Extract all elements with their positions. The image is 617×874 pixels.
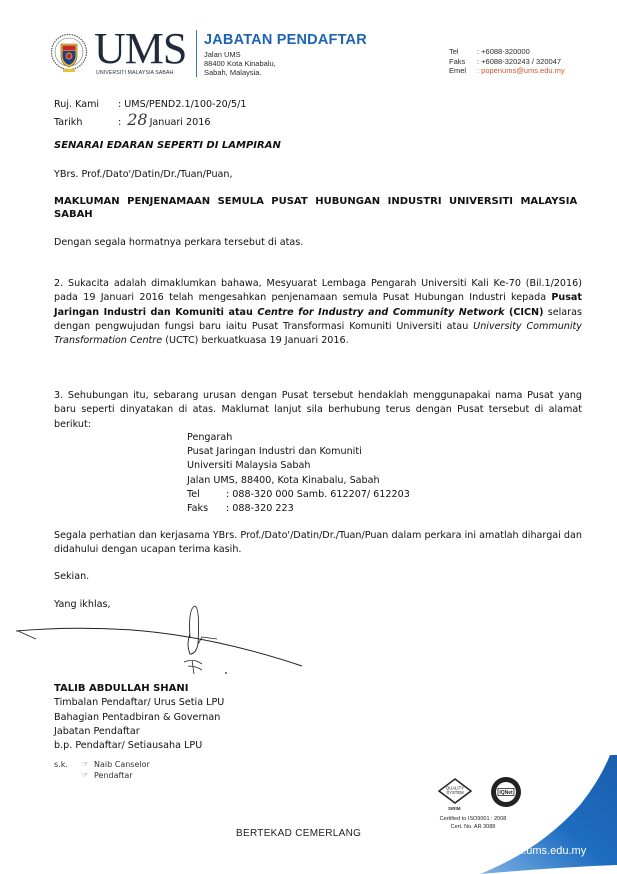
- cc-row: s.k. ☞ Naib Canselor: [54, 759, 150, 770]
- contact-email: Emel : popenums@ums.edu.my: [449, 66, 565, 76]
- p2-text: 2. Sukacita adalah dimaklumkan bahawa, M…: [54, 278, 582, 303]
- badge-text: SYSTEM: [446, 790, 464, 795]
- signatory-name: TALIB ABDULLAH SHANI: [54, 682, 224, 696]
- pointing-hand-icon: ☞: [82, 759, 94, 770]
- subject-heading: MAKLUMAN PENJENAMAAN SEMULA PUSAT HUBUNG…: [54, 195, 582, 221]
- contact-label: Tel: [449, 47, 477, 57]
- address-line: Jalan UMS, 88400, Kota Kinabalu, Sabah: [187, 474, 410, 488]
- cc-recipient: Naib Canselor: [94, 759, 150, 770]
- address-tel: Tel : 088-320 000 Samb. 612207/ 612203: [187, 488, 410, 502]
- header-divider: [196, 30, 197, 77]
- cert-line: Certified to ISO9001 : 2008: [433, 815, 513, 823]
- p2-text: (UCTC) berkuatkuasa 19 Januari 2016.: [162, 335, 349, 346]
- cc-label: s.k.: [54, 759, 82, 770]
- sirim-label: SIRIM: [448, 806, 461, 811]
- date-label: Tarikh: [54, 115, 118, 130]
- cc-row: ☞ Pendaftar: [54, 770, 150, 781]
- fax-value: : 088-320 223: [226, 502, 294, 516]
- address-line: Pengarah: [187, 431, 410, 445]
- contact-fax: Faks : +6088-320243 / 320047: [449, 57, 565, 67]
- website-link[interactable]: www.ums.edu.my: [500, 845, 586, 857]
- tel-label: Tel: [187, 488, 226, 502]
- reference-block: Ruj. Kami : UMS/PEND2.1/100-20/5/1 Tarik…: [54, 97, 246, 130]
- contact-block: Tel : +6088-320000 Faks : +6088-320243 /…: [449, 47, 565, 76]
- centre-address-block: Pengarah Pusat Jaringan Industri dan Kom…: [187, 431, 410, 516]
- email-link[interactable]: : popenums@ums.edu.my: [477, 66, 565, 76]
- cc-block: s.k. ☞ Naib Canselor ☞ Pendaftar: [54, 759, 150, 781]
- pointing-hand-icon: ☞: [82, 770, 94, 781]
- tel-value: : 088-320 000 Samb. 612207/ 612203: [226, 488, 410, 502]
- quality-system-badge-icon: QUALITY SYSTEM: [438, 778, 472, 804]
- paragraph-3: 3. Sehubungan itu, sebarang urusan denga…: [54, 389, 582, 432]
- fax-label: Faks: [187, 502, 226, 516]
- reference-label: Ruj. Kami: [54, 97, 118, 112]
- iqnet-badge-icon: IQNet: [490, 776, 522, 808]
- cert-number: Cert. No. AR 3088: [433, 823, 513, 831]
- contact-value: : +6088-320243 / 320047: [477, 57, 561, 67]
- footer-motto: BERTEKAD CEMERLANG: [236, 828, 361, 839]
- contact-label: Faks: [449, 57, 477, 67]
- paragraph-4: Segala perhatian dan kerjasama YBrs. Pro…: [54, 529, 582, 558]
- date-month-year: Januari 2016: [150, 115, 211, 130]
- address-line: Pusat Jaringan Industri dan Komuniti: [187, 445, 410, 459]
- department-title: JABATAN PENDAFTAR: [204, 32, 367, 48]
- paragraph-2: 2. Sukacita adalah dimaklumkan bahawa, M…: [54, 277, 582, 348]
- address-line: Sabah, Malaysia.: [204, 68, 276, 77]
- badge-text: IQNet: [499, 790, 513, 796]
- address-line: 88400 Kota Kinabalu,: [204, 59, 276, 68]
- ums-crest-logo-icon: [50, 31, 88, 75]
- department-address: Jalan UMS 88400 Kota Kinabalu, Sabah, Ma…: [204, 50, 276, 77]
- signatory-title: Timbalan Pendaftar/ Urus Setia LPU: [54, 696, 224, 710]
- cc-recipient: Pendaftar: [94, 770, 133, 781]
- date-colon: :: [118, 115, 121, 130]
- contact-tel: Tel : +6088-320000: [449, 47, 565, 57]
- address-line: Jalan UMS: [204, 50, 276, 59]
- date-row: Tarikh : 28 Januari 2016: [54, 112, 246, 130]
- certification-text: Certified to ISO9001 : 2008 Cert. No. AR…: [433, 815, 513, 831]
- salutation: YBrs. Prof./Dato'/Datin/Dr./Tuan/Puan,: [54, 169, 233, 180]
- reference-row: Ruj. Kami : UMS/PEND2.1/100-20/5/1: [54, 97, 246, 112]
- closing-sekian: Sekian.: [54, 571, 89, 582]
- signatory-title: b.p. Pendaftar/ Setiausaha LPU: [54, 739, 224, 753]
- ums-wordmark: UMS: [94, 27, 186, 71]
- handwritten-signature-icon: [12, 604, 312, 684]
- paragraph-1: Dengan segala hormatnya perkara tersebut…: [54, 236, 582, 250]
- distribution-heading: SENARAI EDARAN SEPERTI DI LAMPIRAN: [54, 140, 281, 151]
- address-line: Universiti Malaysia Sabah: [187, 459, 410, 473]
- address-fax: Faks : 088-320 223: [187, 502, 410, 516]
- signatory-block: TALIB ABDULLAH SHANI Timbalan Pendaftar/…: [54, 682, 224, 753]
- handwritten-day: 28: [127, 112, 147, 127]
- ums-subtitle: UNIVERSITI MALAYSIA SABAH: [96, 70, 173, 76]
- p2-acronym: (CICN): [504, 307, 543, 318]
- contact-value: : +6088-320000: [477, 47, 530, 57]
- signatory-title: Jabatan Pendaftar: [54, 725, 224, 739]
- contact-label: Emel: [449, 66, 477, 76]
- signatory-title: Bahagian Pentadbiran & Governan: [54, 711, 224, 725]
- p2-centre-name-english: Centre for Industry and Community Networ…: [257, 307, 504, 318]
